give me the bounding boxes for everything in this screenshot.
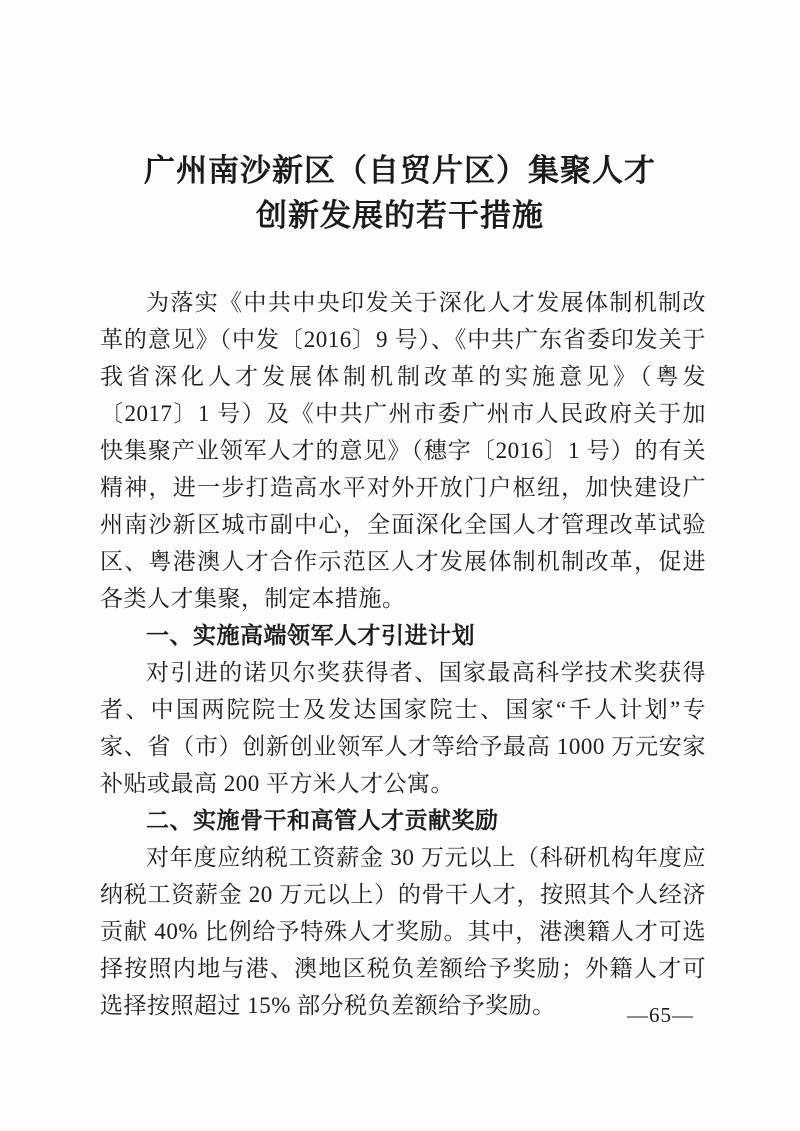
title-line-2: 创新发展的若干措施 [0,193,800,238]
section-heading-1: 一、实施高端领军人才引进计划 [100,617,706,654]
title-line-1: 广州南沙新区（自贸片区）集聚人才 [0,148,800,193]
paragraph-section-1: 对引进的诺贝尔奖获得者、国家最高科学技术奖获得者、中国两院院士及发达国家院士、国… [100,654,706,802]
page-number: —65— [627,1003,694,1028]
document-body: 为落实《中共中央印发关于深化人才发展体制机制改革的意见》（中发〔2016〕9 号… [100,284,706,1024]
document-page: 广州南沙新区（自贸片区）集聚人才 创新发展的若干措施 为落实《中共中央印发关于深… [0,0,800,1131]
section-heading-2: 二、实施骨干和高管人才贡献奖励 [100,802,706,839]
paragraph-preamble: 为落实《中共中央印发关于深化人才发展体制机制改革的意见》（中发〔2016〕9 号… [100,284,706,617]
document-title: 广州南沙新区（自贸片区）集聚人才 创新发展的若干措施 [0,0,800,238]
paragraph-section-2: 对年度应纳税工资薪金 30 万元以上（科研机构年度应纳税工资薪金 20 万元以上… [100,839,706,1024]
